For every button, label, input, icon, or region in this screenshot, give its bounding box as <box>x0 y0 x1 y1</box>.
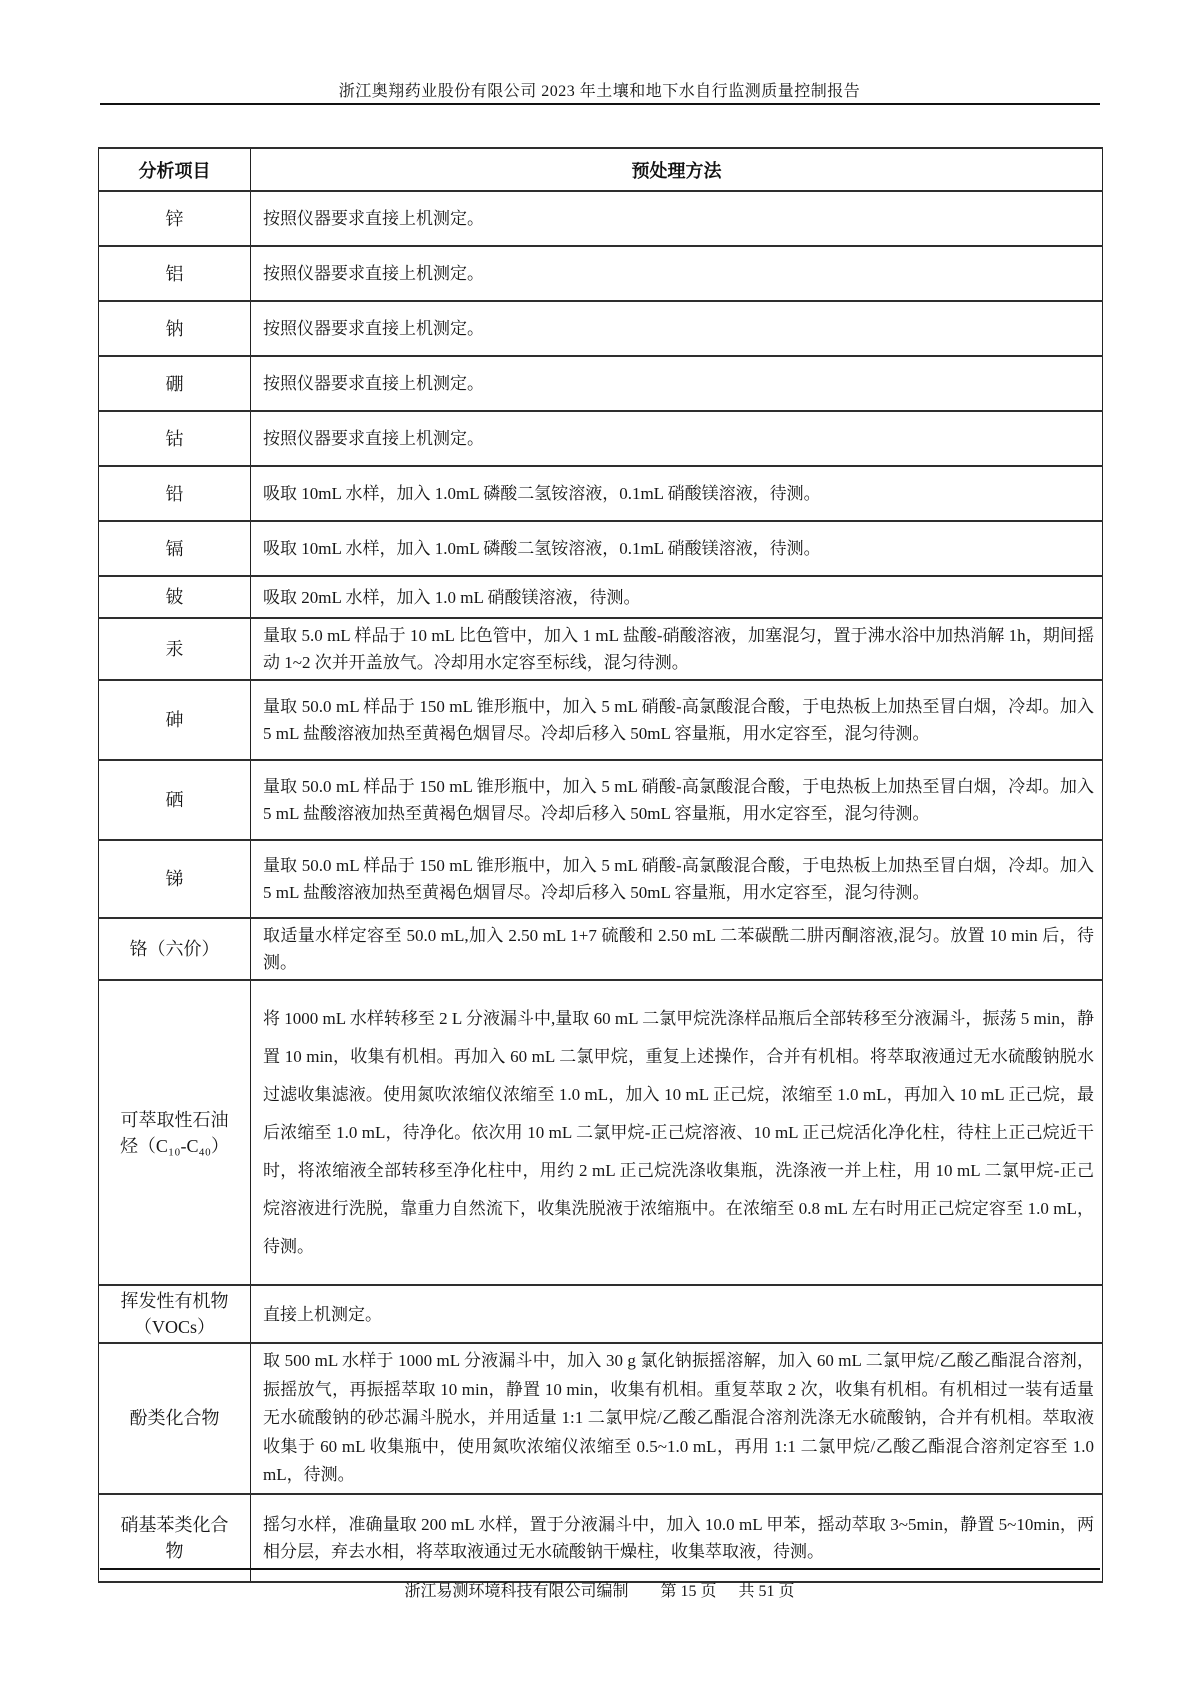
method-cell: 量取 5.0 mL 样品于 10 mL 比色管中，加入 1 mL 盐酸-硝酸溶液… <box>251 618 1103 680</box>
analysis-item-cell: 镉 <box>99 521 251 576</box>
table-row: 铬（六价）取适量水样定容至 50.0 mL,加入 2.50 mL 1+7 硫酸和… <box>99 918 1103 980</box>
analysis-item-cell: 钴 <box>99 411 251 466</box>
method-cell: 吸取 10mL 水样，加入 1.0mL 磷酸二氢铵溶液，0.1mL 硝酸镁溶液，… <box>251 521 1103 576</box>
analysis-item-cell: 挥发性有机物 （VOCs） <box>99 1285 251 1343</box>
method-column-header: 预处理方法 <box>251 148 1103 191</box>
table-row: 可萃取性石油 烃（C₁₀-C₄₀）将 1000 mL 水样转移至 2 L 分液漏… <box>99 980 1103 1285</box>
footer-company: 浙江易测环境科技有限公司编制 <box>404 1583 628 1600</box>
table-row: 钴按照仪器要求直接上机测定。 <box>99 411 1103 466</box>
method-cell: 按照仪器要求直接上机测定。 <box>251 191 1103 246</box>
analysis-item-cell: 可萃取性石油 烃（C₁₀-C₄₀） <box>99 980 251 1285</box>
analysis-item-cell: 钠 <box>99 301 251 356</box>
table-row: 酚类化合物取 500 mL 水样于 1000 mL 分液漏斗中，加入 30 g … <box>99 1343 1103 1494</box>
report-title: 浙江奥翔药业股份有限公司 2023 年土壤和地下水自行监测质量控制报告 <box>0 78 1199 101</box>
table-row: 硒量取 50.0 mL 样品于 150 mL 锥形瓶中，加入 5 mL 硝酸-高… <box>99 760 1103 840</box>
method-cell: 吸取 10mL 水样，加入 1.0mL 磷酸二氢铵溶液，0.1mL 硝酸镁溶液，… <box>251 466 1103 521</box>
method-cell: 将 1000 mL 水样转移至 2 L 分液漏斗中,量取 60 mL 二氯甲烷洗… <box>251 980 1103 1285</box>
table-row: 锑量取 50.0 mL 样品于 150 mL 锥形瓶中，加入 5 mL 硝酸-高… <box>99 840 1103 918</box>
footer-divider <box>100 1568 1100 1570</box>
analysis-item-cell: 铝 <box>99 246 251 301</box>
table-header-row: 分析项目 预处理方法 <box>99 148 1103 191</box>
method-cell: 吸取 20mL 水样，加入 1.0 mL 硝酸镁溶液，待测。 <box>251 576 1103 618</box>
pretreatment-method-table: 分析项目 预处理方法 锌按照仪器要求直接上机测定。铝按照仪器要求直接上机测定。钠… <box>98 147 1103 1583</box>
method-cell: 按照仪器要求直接上机测定。 <box>251 411 1103 466</box>
analysis-item-cell: 铅 <box>99 466 251 521</box>
method-cell: 按照仪器要求直接上机测定。 <box>251 356 1103 411</box>
table-row: 砷量取 50.0 mL 样品于 150 mL 锥形瓶中，加入 5 mL 硝酸-高… <box>99 680 1103 760</box>
table-row: 铍吸取 20mL 水样，加入 1.0 mL 硝酸镁溶液，待测。 <box>99 576 1103 618</box>
analysis-item-cell: 砷 <box>99 680 251 760</box>
method-cell: 按照仪器要求直接上机测定。 <box>251 246 1103 301</box>
method-cell: 直接上机测定。 <box>251 1285 1103 1343</box>
method-cell: 按照仪器要求直接上机测定。 <box>251 301 1103 356</box>
method-cell: 量取 50.0 mL 样品于 150 mL 锥形瓶中，加入 5 mL 硝酸-高氯… <box>251 760 1103 840</box>
analysis-item-cell: 锑 <box>99 840 251 918</box>
method-cell: 量取 50.0 mL 样品于 150 mL 锥形瓶中，加入 5 mL 硝酸-高氯… <box>251 680 1103 760</box>
analysis-item-cell: 硼 <box>99 356 251 411</box>
header-divider <box>100 103 1100 105</box>
analysis-item-cell: 酚类化合物 <box>99 1343 251 1494</box>
footer-page-number: 第 15 页 <box>660 1583 716 1600</box>
analysis-item-cell: 铍 <box>99 576 251 618</box>
method-cell: 量取 50.0 mL 样品于 150 mL 锥形瓶中，加入 5 mL 硝酸-高氯… <box>251 840 1103 918</box>
method-cell: 取适量水样定容至 50.0 mL,加入 2.50 mL 1+7 硫酸和 2.50… <box>251 918 1103 980</box>
analysis-item-cell: 铬（六价） <box>99 918 251 980</box>
table-row: 铅吸取 10mL 水样，加入 1.0mL 磷酸二氢铵溶液，0.1mL 硝酸镁溶液… <box>99 466 1103 521</box>
table-row: 铝按照仪器要求直接上机测定。 <box>99 246 1103 301</box>
analysis-item-column-header: 分析项目 <box>99 148 251 191</box>
table-row: 锌按照仪器要求直接上机测定。 <box>99 191 1103 246</box>
page-footer: 浙江易测环境科技有限公司编制 第 15 页 共 51 页 <box>0 1578 1199 1601</box>
document-page: 浙江奥翔药业股份有限公司 2023 年土壤和地下水自行监测质量控制报告 分析项目… <box>0 0 1199 1696</box>
table-row: 挥发性有机物 （VOCs）直接上机测定。 <box>99 1285 1103 1343</box>
table-row: 硼按照仪器要求直接上机测定。 <box>99 356 1103 411</box>
analysis-item-cell: 锌 <box>99 191 251 246</box>
analysis-item-cell: 汞 <box>99 618 251 680</box>
table-row: 钠按照仪器要求直接上机测定。 <box>99 301 1103 356</box>
table-row: 镉吸取 10mL 水样，加入 1.0mL 磷酸二氢铵溶液，0.1mL 硝酸镁溶液… <box>99 521 1103 576</box>
analysis-item-cell: 硒 <box>99 760 251 840</box>
footer-total-pages: 共 51 页 <box>739 1583 795 1600</box>
method-cell: 取 500 mL 水样于 1000 mL 分液漏斗中，加入 30 g 氯化钠振摇… <box>251 1343 1103 1494</box>
table-row: 汞量取 5.0 mL 样品于 10 mL 比色管中，加入 1 mL 盐酸-硝酸溶… <box>99 618 1103 680</box>
